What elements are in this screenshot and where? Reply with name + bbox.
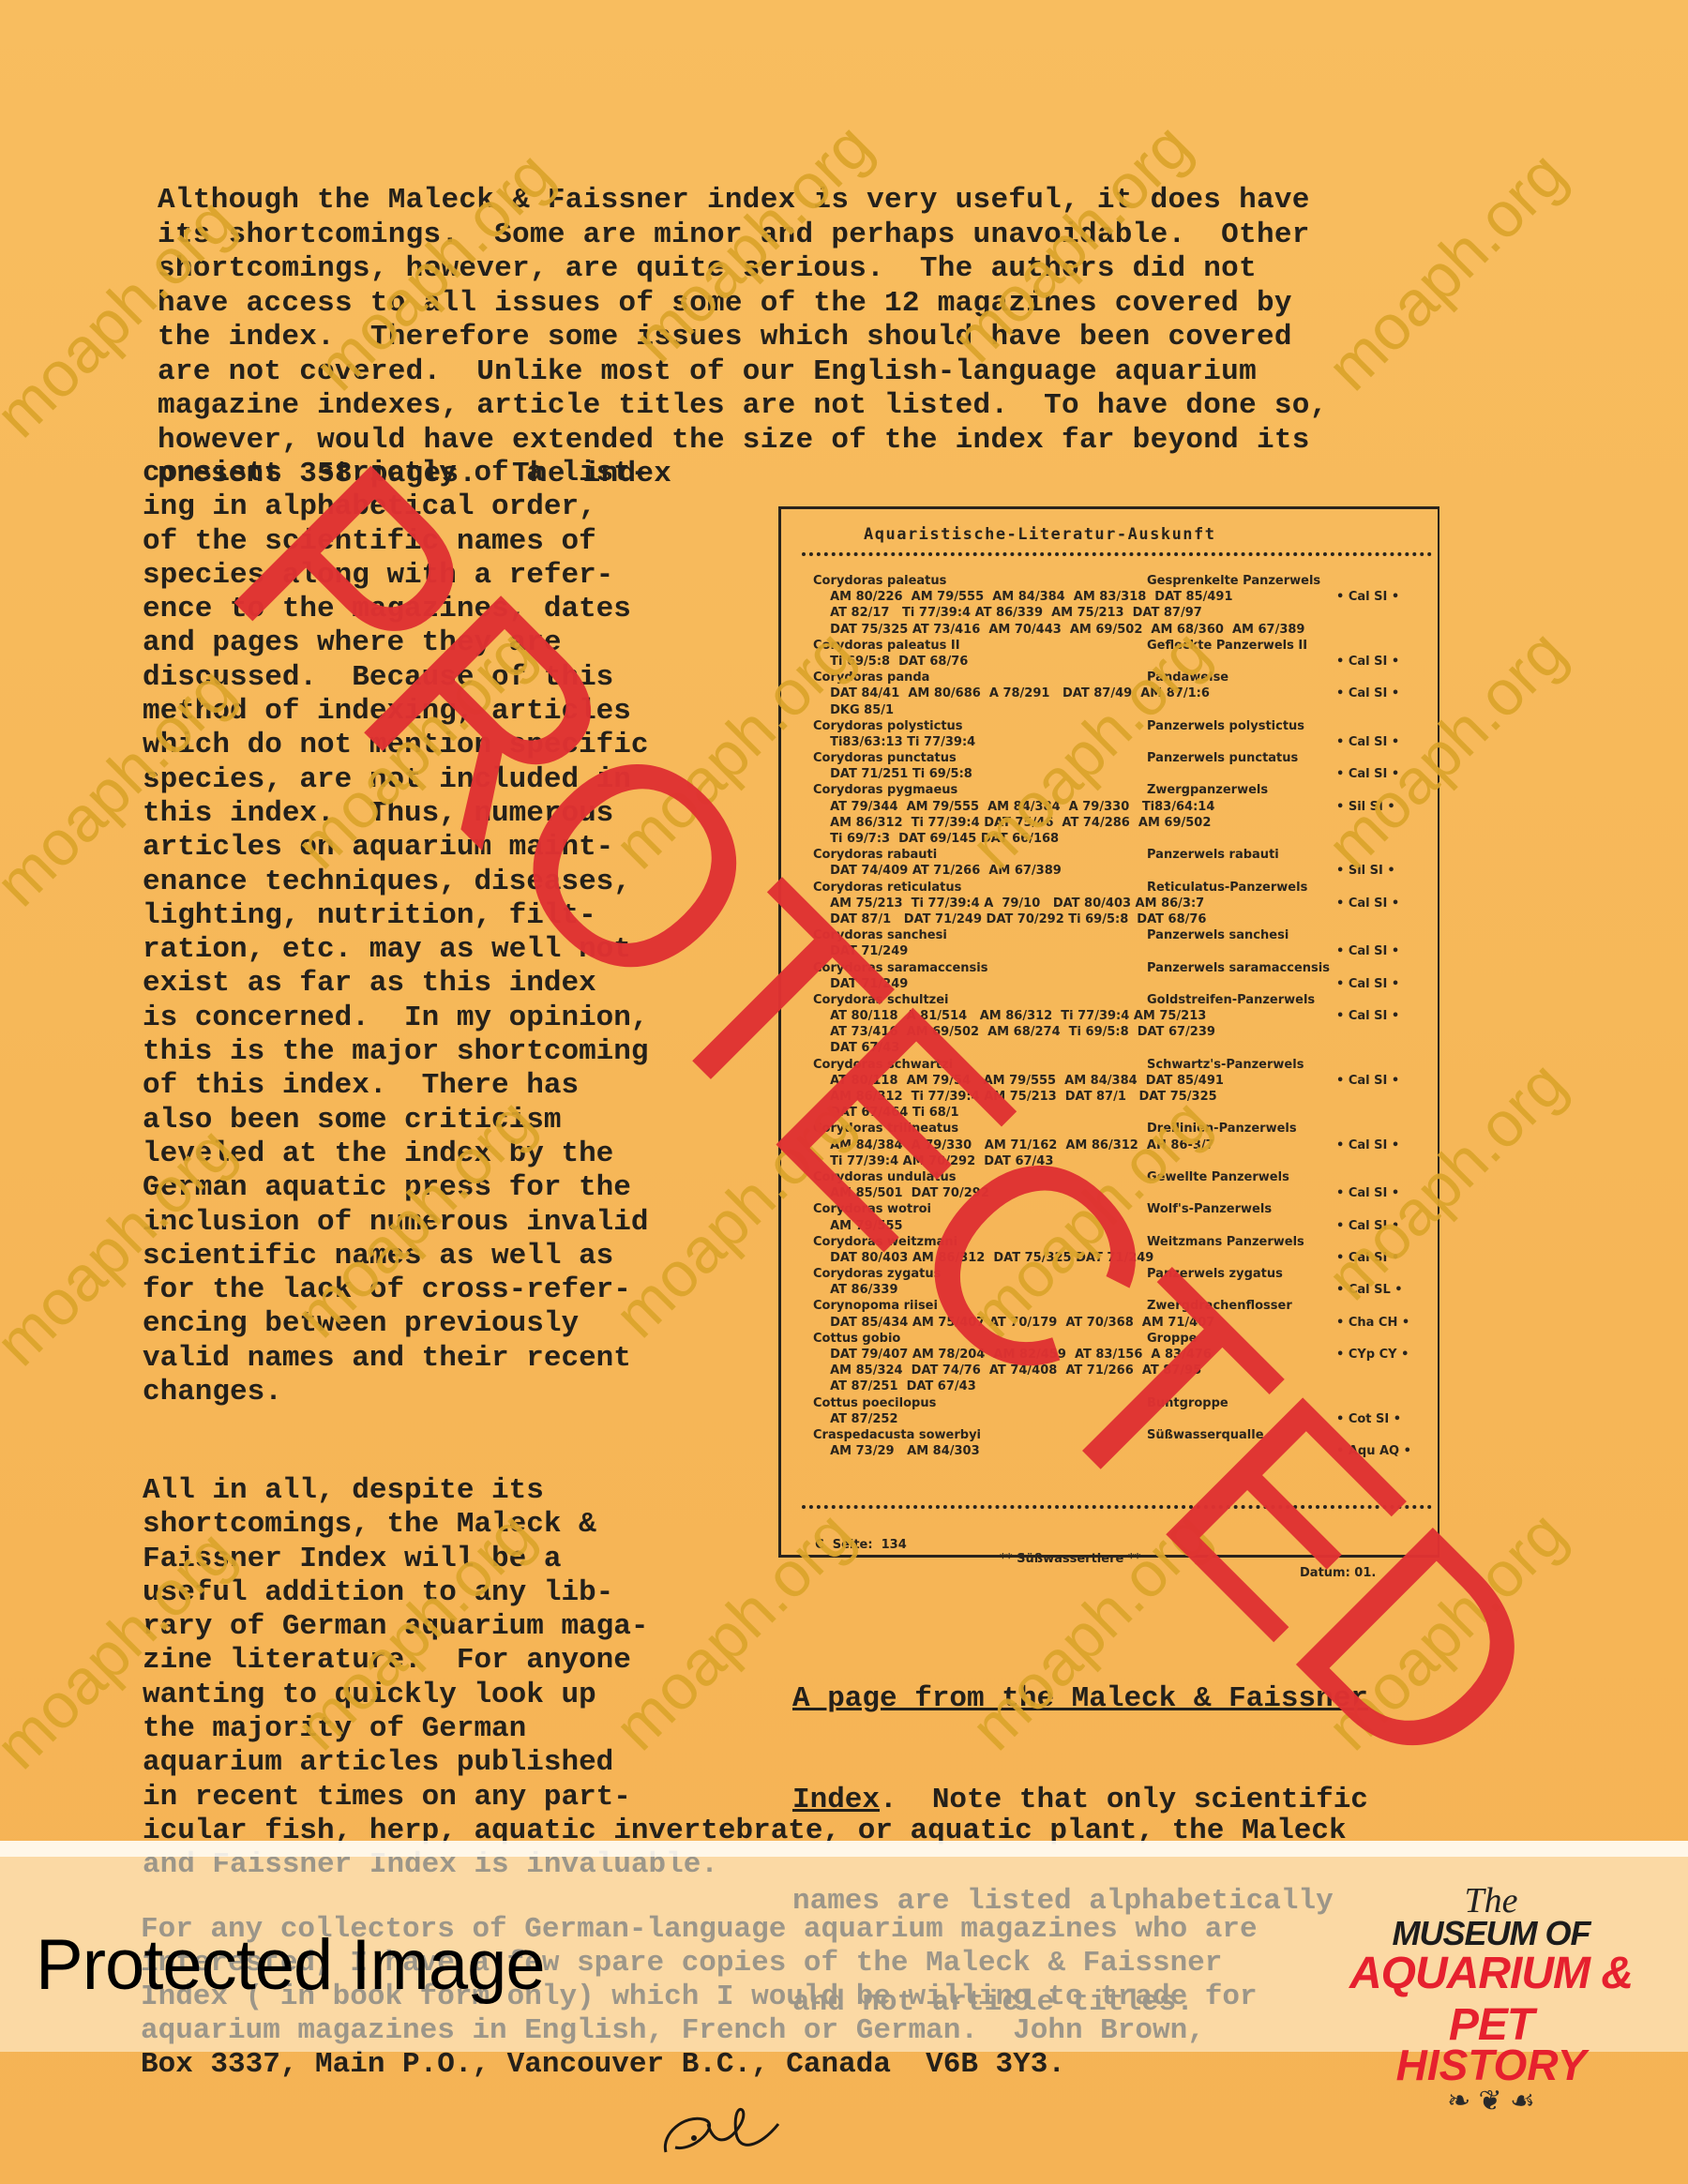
- index-entry-refs: AM 85/501 DAT 70/292• Cal SI •: [813, 1185, 1304, 1201]
- index-page-figure: Aquaristische-Literatur-Auskunft Corydor…: [778, 506, 1439, 1558]
- footer-page: C Seite: 134: [815, 1538, 907, 1552]
- index-entry-refs: Ti 69/5:8 DAT 68/76• Cal SI •: [813, 654, 1304, 670]
- index-entry-refs: AT 73/416 AM 69/502 AM 68/274 Ti 69/5:8 …: [813, 1024, 1304, 1040]
- index-entry-refs: AM 84/384 A 79/330 AM 71/162 AM 86/312 A…: [813, 1137, 1304, 1153]
- index-entry-refs: DAT 67/43: [813, 1040, 1304, 1056]
- divider: [802, 1505, 1432, 1509]
- index-entry-name: Cottus poecilopusBuntgroppe: [813, 1395, 1304, 1411]
- index-entries: Corydoras paleatusGesprenkelte Panzerwel…: [813, 573, 1304, 1459]
- index-entry-name: Corydoras paleatus IIGefleckte Panzerwel…: [813, 638, 1304, 654]
- index-page-title: Aquaristische-Literatur-Auskunft: [864, 525, 1216, 544]
- footer-section: ** Süßwassertiere **: [1000, 1552, 1140, 1566]
- index-entry-refs: DAT 71/249• Cal SI •: [813, 976, 1304, 992]
- index-entry-refs: AM 80/226 AM 79/555 AM 84/384 AM 83/318 …: [813, 589, 1304, 605]
- logo-history: HISTORY: [1318, 2040, 1665, 2090]
- index-entry-name: Craspedacusta sowerbyiSüßwasserqualle: [813, 1427, 1304, 1443]
- logo-aquarium-pet: AQUARIUM & PET: [1318, 1948, 1665, 2051]
- index-entry-name: Corydoras trilineatusDreilinien-Panzerwe…: [813, 1121, 1304, 1137]
- index-entry-refs: AT 86/339• Cal SL •: [813, 1282, 1304, 1298]
- index-entry-refs: AT 82/17 Ti 77/39:4 AT 86/339 AM 75/213 …: [813, 605, 1304, 621]
- index-entry-refs: AM 86/312 Ti 77/39:4 AM 75/213 DAT 87/1 …: [813, 1089, 1304, 1105]
- index-entry-name: Corydoras pandaPandawelse: [813, 670, 1304, 685]
- index-entry-refs: DAT 67/464 Ti 68/1: [813, 1105, 1304, 1121]
- index-entry-refs: DAT 84/41 AM 80/686 A 78/291 DAT 87/49 A…: [813, 685, 1304, 701]
- index-entry-refs: DAT 87/1 DAT 71/249 DAT 70/292 Ti 69/5:8…: [813, 911, 1304, 927]
- index-entry-refs: Ti 77/39:4 AM 70/292 DAT 67/43: [813, 1153, 1304, 1169]
- banner-highlight: [0, 1841, 1688, 1857]
- index-entry-refs: AM 86/312 Ti 77/39:4 DAT 75/46 AT 74/286…: [813, 815, 1304, 831]
- index-page-footer: C Seite: 134 ** Süßwassertiere ** Datum:…: [798, 1524, 1417, 1594]
- index-entry-refs: DAT 79/407 AM 78/204 AM 82/459 AT 83/156…: [813, 1347, 1304, 1363]
- index-entry-refs: AT 87/251 DAT 67/43: [813, 1378, 1304, 1394]
- signature: [656, 2096, 797, 2161]
- intro-paragraph: Although the Maleck & Faissner index is …: [158, 184, 1328, 492]
- index-entry-refs: DAT 71/251 Ti 69/5:8• Cal SI •: [813, 766, 1304, 782]
- index-entry-refs: DAT 74/409 AT 71/266 AM 67/389• Sil SI •: [813, 863, 1304, 879]
- index-entry-refs: DAT 75/325 AT 73/416 AM 70/443 AM 69/502…: [813, 622, 1304, 638]
- caption-index-word: Index: [792, 1784, 880, 1816]
- index-entry-name: Corydoras schwartziSchwartz's-Panzerwels: [813, 1057, 1304, 1073]
- museum-logo: The MUSEUM OF AQUARIUM & PET HISTORY ❧ ❦…: [1318, 1880, 1665, 2115]
- index-entry-refs: AT 80/118 A 81/514 AM 86/312 Ti 77/39:4 …: [813, 1008, 1304, 1024]
- index-entry-refs: Ti 69/7:3 DAT 69/145 DAT 66/168: [813, 831, 1304, 847]
- index-entry-refs: AM 75/213 Ti 77/39:4 A 79/10 DAT 80/403 …: [813, 896, 1304, 911]
- flourish-icon: ❧ ❦ ☙: [1318, 2085, 1665, 2117]
- index-entry-name: Corydoras schultzeiGoldstreifen-Panzerwe…: [813, 992, 1304, 1008]
- conclusion-paragraph: All in all, despite its shortcomings, th…: [143, 1474, 649, 1815]
- index-entry-refs: Ti83/63:13 Ti 77/39:4• Cal SI •: [813, 734, 1304, 750]
- divider: [802, 552, 1432, 556]
- index-entry-refs: AM 79/555• Cal SI •: [813, 1218, 1304, 1234]
- left-column-paragraph: consists strictly of a list- ing in alph…: [143, 457, 649, 1409]
- index-entry-refs: DAT 85/434 AM 75/407 AT 70/179 AT 70/368…: [813, 1315, 1304, 1331]
- index-entry-name: Corydoras weitzmaniWeitzmans Panzerwels: [813, 1234, 1304, 1250]
- index-entry-name: Corydoras zygatusPanzerwels zygatus: [813, 1266, 1304, 1282]
- index-entry-refs: DAT 80/403 AM 86/312 DAT 75/325 DAT 71/2…: [813, 1250, 1304, 1266]
- index-entry-name: Corydoras paleatusGesprenkelte Panzerwel…: [813, 573, 1304, 589]
- index-entry-name: Cottus gobioGroppe: [813, 1331, 1304, 1347]
- index-entry-name: Corydoras punctatusPanzerwels punctatus: [813, 750, 1304, 766]
- index-entry-refs: AT 87/252• Cot SI •: [813, 1411, 1304, 1427]
- index-entry-name: Corydoras sanchesiPanzerwels sanchesi: [813, 927, 1304, 943]
- index-entry-name: Corydoras reticulatusReticulatus-Panzerw…: [813, 880, 1304, 896]
- index-entry-name: Corydoras undulatusGewellte Panzerwels: [813, 1169, 1304, 1185]
- index-entry-refs: DKG 85/1: [813, 702, 1304, 718]
- index-entry-name: Corydoras polystictusPanzerwels polystic…: [813, 718, 1304, 734]
- index-entry-refs: AM 85/324 DAT 74/76 AT 74/408 AT 71/266 …: [813, 1363, 1304, 1378]
- index-entry-name: Corydoras saramaccensisPanzerwels sarama…: [813, 960, 1304, 976]
- protected-image-label: Protected Image: [36, 1924, 545, 2006]
- index-entry-refs: AT 80/118 AM 79/54 AM 79/555 AM 84/384 D…: [813, 1073, 1304, 1089]
- caption-line-1: A page from the Maleck & Faissner: [792, 1682, 1368, 1715]
- index-entry-refs: DAT 71/249• Cal SI •: [813, 943, 1304, 959]
- footer-date: Datum: 01.: [1300, 1566, 1376, 1580]
- caption-line-2: . Note that only scientific: [880, 1784, 1368, 1816]
- index-entry-name: Corydoras wotroiWolf's-Panzerwels: [813, 1201, 1304, 1217]
- index-entry-refs: AT 79/344 AM 79/555 AM 84/384 A 79/330 T…: [813, 799, 1304, 815]
- index-entry-name: Corydoras pygmaeusZwergpanzerwels: [813, 782, 1304, 798]
- index-entry-name: Corydoras rabautiPanzerwels rabauti: [813, 847, 1304, 863]
- index-entry-refs: AM 73/29 AM 84/303• Aqu AQ •: [813, 1443, 1304, 1459]
- index-entry-name: Corynopoma riiseiZwergdrachenflosser: [813, 1298, 1304, 1314]
